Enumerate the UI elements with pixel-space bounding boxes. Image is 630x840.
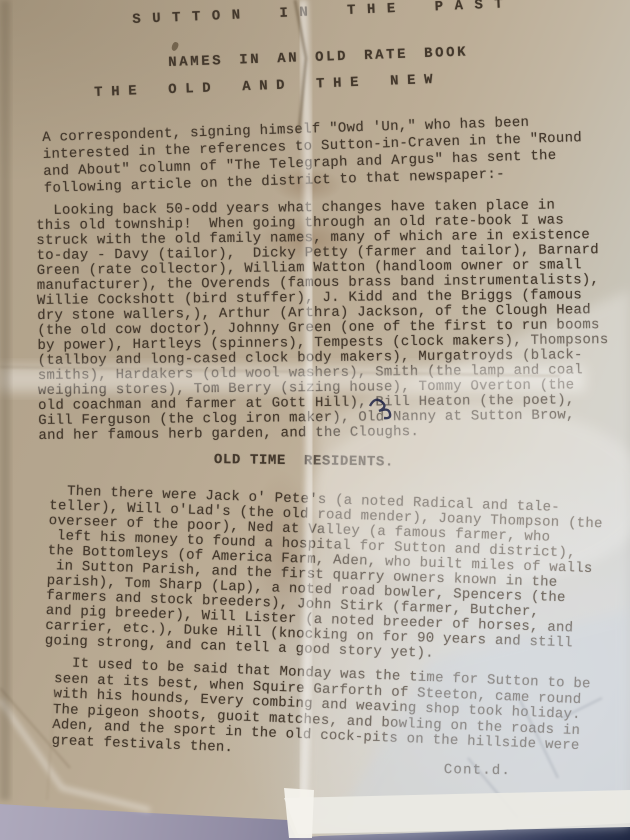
title-line-3: THE OLD AND THE NEW	[94, 72, 441, 101]
intro-paragraph: A correspondent, signing himself "Owd 'U…	[42, 113, 583, 198]
monday-paragraph: It used to be said that Monday was the t…	[51, 656, 591, 771]
title-line-1: SUTTON IN THE PAST	[132, 0, 515, 28]
rate-book-paragraph: Looking back 50-odd years what changes h…	[36, 198, 609, 444]
title-line-2: NAMES IN AN OLD RATE BOOK	[168, 45, 468, 71]
residents-paragraph: Then there were Jack o' Pete's (a noted …	[45, 484, 604, 667]
photo-of-typewritten-document: SUTTON IN THE PAST NAMES IN AN OLD RATE …	[0, 0, 630, 840]
text-line: and her famous herb garden, and the Clou…	[38, 423, 609, 444]
document-text: SUTTON IN THE PAST NAMES IN AN OLD RATE …	[0, 0, 630, 840]
continuation-note: Cont.d.	[444, 762, 511, 779]
section-heading: OLD TIME RESIDENTS.	[214, 452, 394, 471]
